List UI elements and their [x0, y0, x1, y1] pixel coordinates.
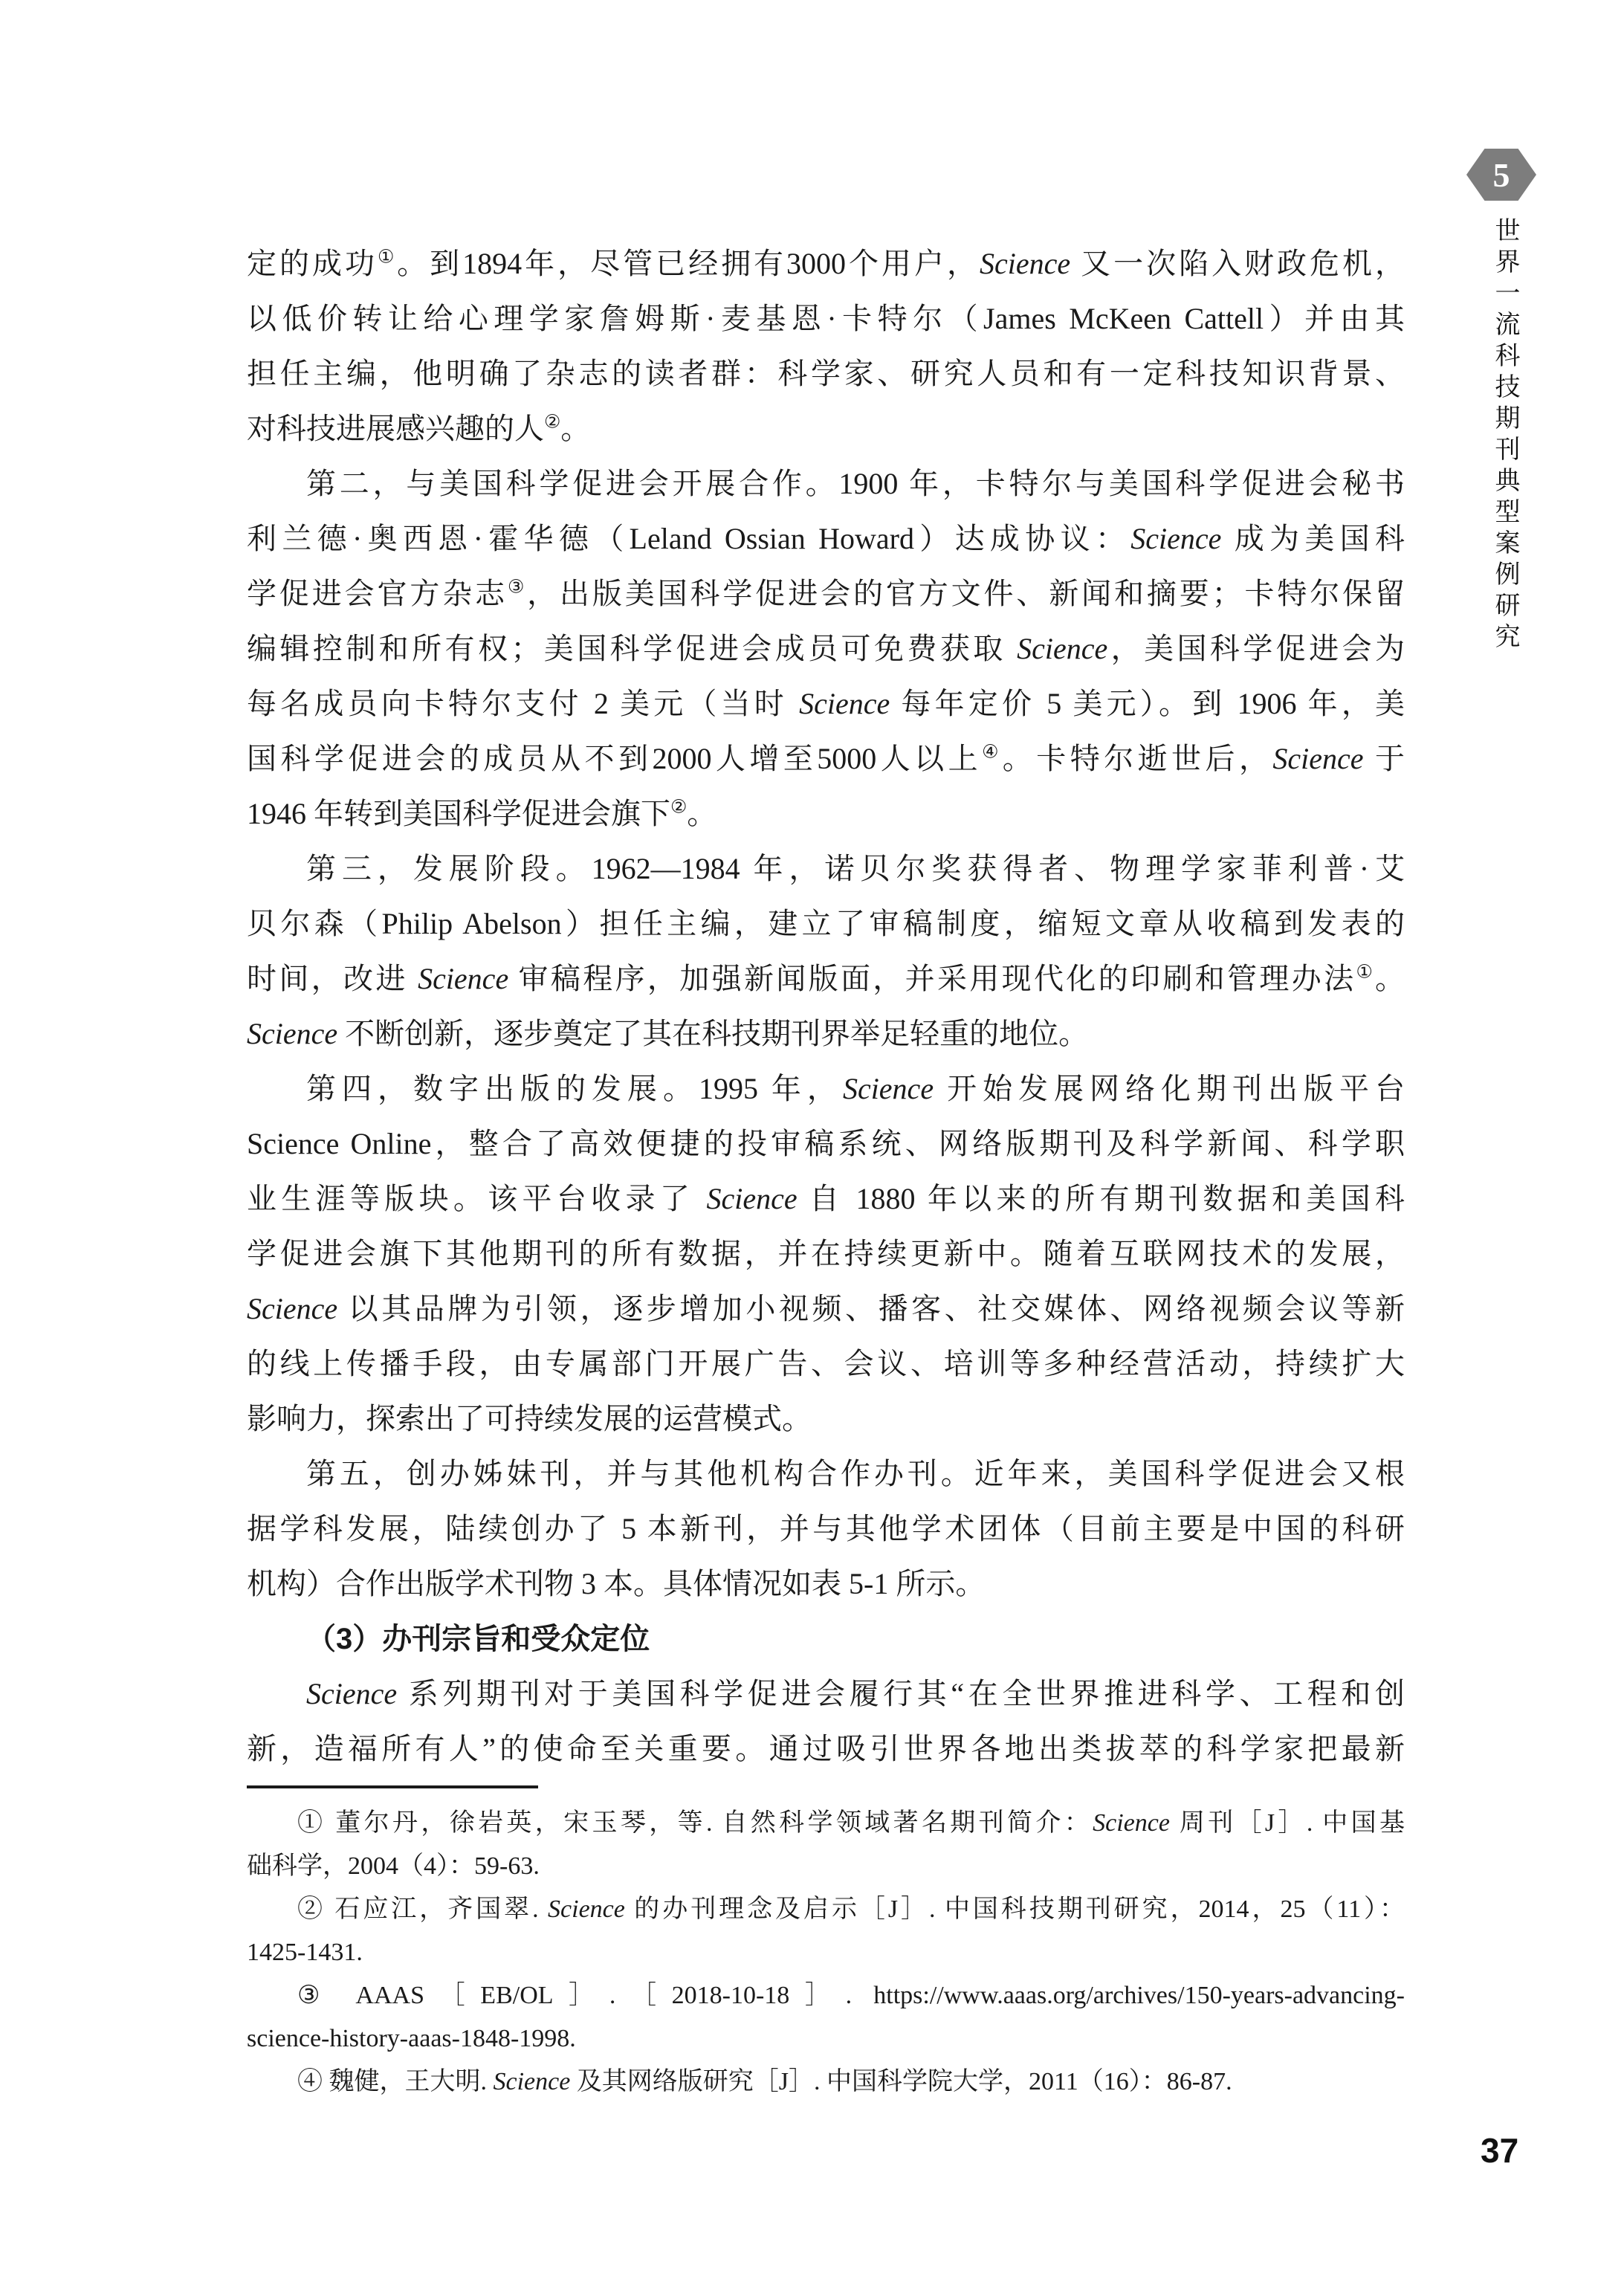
body-line-12: 第三，发展阶段。1962—1984 年，诺贝尔奖获得者、物理学家菲利普·艾 [247, 841, 1405, 896]
footnotes: ① 董尔丹，徐岩英，宋玉琴，等. 自然科学领域著名期刊简介：Science 周刊… [247, 1802, 1405, 2104]
body-line-19: 学促进会旗下其他期刊的所有数据，并在持续更新中。随着互联网技术的发展， [247, 1226, 1405, 1281]
body-line-13: 贝尔森（Philip Abelson）担任主编，建立了审稿制度，缩短文章从收稿到… [247, 896, 1405, 951]
body-line-18: 业生涯等版块。该平台收录了 Science 自 1880 年以来的所有期刊数据和… [247, 1171, 1405, 1226]
sidebar-chapter-title: 世界一流科技期刊典型案例研究 [1486, 217, 1523, 654]
footnote-separator [247, 1785, 538, 1788]
footnote-line-3: ② 石应江，齐国翠. Science 的办刊理念及启示［J］. 中国科技期刊研究… [247, 1888, 1405, 1931]
body-line-10: 国科学促进会的成员从不到2000人增至5000人以上④。卡特尔逝世后，Scien… [247, 731, 1405, 786]
body-line-23: 第五，创办姊妹刊，并与其他机构合作办刊。近年来，美国科学促进会又根 [247, 1447, 1405, 1502]
body-line-11: 1946 年转到美国科学促进会旗下②。 [247, 786, 1405, 841]
body-text: 定的成功①。到1894年，尽管已经拥有3000个用户，Science 又一次陷入… [247, 236, 1405, 1777]
body-line-21: 的线上传播手段，由专属部门开展广告、会议、培训等多种经营活动，持续扩大 [247, 1336, 1405, 1391]
chapter-number: 5 [1493, 155, 1510, 195]
body-line-24: 据学科发展，陆续创办了 5 本新刊，并与其他学术团体（目前主要是中国的科研 [247, 1502, 1405, 1557]
body-line-25: 机构）合作出版学术刊物 3 本。具体情况如表 5-1 所示。 [247, 1557, 1405, 1612]
footnote-line-4: 1425-1431. [247, 1931, 1405, 1974]
body-line-15: Science 不断创新，逐步奠定了其在科技期刊界举足轻重的地位。 [247, 1006, 1405, 1061]
body-line-22: 影响力，探索出了可持续发展的运营模式。 [247, 1391, 1405, 1447]
body-line-14: 时间，改进 Science 审稿程序，加强新闻版面，并采用现代化的印刷和管理办法… [247, 951, 1405, 1006]
body-line-27: Science 系列期刊对于美国科学促进会履行其“在全世界推进科学、工程和创 [247, 1667, 1405, 1722]
page-number: 37 [1481, 2130, 1518, 2171]
footnote-line-7: ④ 魏健，王大明. Science 及其网络版研究［J］. 中国科学院大学，20… [247, 2060, 1405, 2104]
body-line-6: 利兰德·奥西恩·霍华德（Leland Ossian Howard）达成协议：Sc… [247, 511, 1405, 566]
body-line-7: 学促进会官方杂志③，出版美国科学促进会的官方文件、新闻和摘要；卡特尔保留 [247, 566, 1405, 621]
body-line-3: 担任主编，他明确了杂志的读者群：科学家、研究人员和有一定科技知识背景、 [247, 346, 1405, 401]
body-line-2: 以低价转让给心理学家詹姆斯·麦基恩·卡特尔（James McKeen Catte… [247, 291, 1405, 346]
body-line-9: 每名成员向卡特尔支付 2 美元（当时 Science 每年定价 5 美元）。到 … [247, 676, 1405, 731]
body-line-16: 第四，数字出版的发展。1995 年，Science 开始发展网络化期刊出版平台 [247, 1061, 1405, 1116]
body-line-28: 新，造福所有人”的使命至关重要。通过吸引世界各地出类拔萃的科学家把最新 [247, 1722, 1405, 1777]
body-line-8: 编辑控制和所有权；美国科学促进会成员可免费获取 Science，美国科学促进会为 [247, 621, 1405, 676]
body-line-17: Science Online，整合了高效便捷的投审稿系统、网络版期刊及科学新闻、… [247, 1116, 1405, 1171]
book-page: 定的成功①。到1894年，尽管已经拥有3000个用户，Science 又一次陷入… [0, 0, 1624, 2282]
body-line-4: 对科技进展感兴趣的人②。 [247, 401, 1405, 456]
footnote-line-1: ① 董尔丹，徐岩英，宋玉琴，等. 自然科学领域著名期刊简介：Science 周刊… [247, 1802, 1405, 1845]
body-line-5: 第二，与美国科学促进会开展合作。1900 年，卡特尔与美国科学促进会秘书 [247, 456, 1405, 511]
body-line-1: 定的成功①。到1894年，尽管已经拥有3000个用户，Science 又一次陷入… [247, 236, 1405, 291]
body-line-26: （3）办刊宗旨和受众定位 [247, 1612, 1405, 1667]
body-line-20: Science 以其品牌为引领，逐步增加小视频、播客、社交媒体、网络视频会议等新 [247, 1281, 1405, 1336]
footnote-line-6: science-history-aaas-1848-1998. [247, 2017, 1405, 2060]
chapter-badge: 5 [1466, 149, 1536, 201]
footnote-line-2: 础科学，2004（4）：59-63. [247, 1845, 1405, 1888]
footnote-line-5: ③ AAAS［EB/OL］.［2018-10-18］. https://www.… [247, 1974, 1405, 2017]
